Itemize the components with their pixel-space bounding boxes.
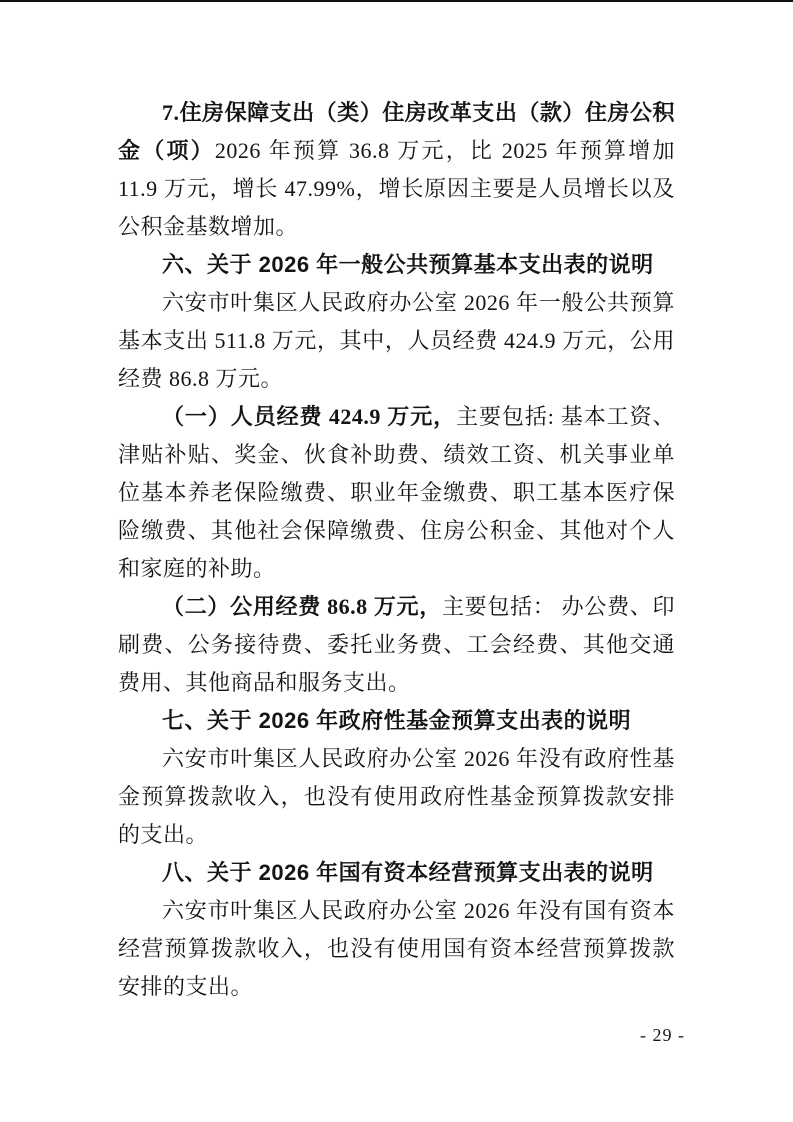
section-heading-eight-state-capital-budget: 八、关于 2026 年国有资本经营预算支出表的说明 (118, 854, 675, 892)
paragraph-bold-lead: （二）公用经费 86.8 万元， (162, 594, 442, 619)
paragraph-basic-expenditure-summary: 六安市叶集区人民政府办公室 2026 年一般公共预算基本支出 511.8 万元，… (118, 284, 675, 398)
document-page: 7.住房保障支出（类）住房改革支出（款）住房公积金（项）2026 年预算 36.… (0, 0, 793, 1122)
paragraph-public-funds: （二）公用经费 86.8 万元，主要包括： 办公费、印刷费、公务接待费、委托业务… (118, 588, 675, 702)
paragraph-personnel-funds: （一）人员经费 424.9 万元，主要包括: 基本工资、津贴补贴、奖金、伙食补助… (118, 398, 675, 588)
page-number: - 29 - (640, 1024, 685, 1046)
page-top-edge-line (0, 0, 793, 2)
section-heading-six-basic-expenditure: 六、关于 2026 年一般公共预算基本支出表的说明 (118, 246, 675, 284)
paragraph-state-capital-budget-statement: 六安市叶集区人民政府办公室 2026 年没有国有资本经营预算拨款收入，也没有使用… (118, 892, 675, 1006)
paragraph-bold-lead: （一）人员经费 424.9 万元， (162, 404, 456, 429)
paragraph-text: 主要包括: 基本工资、津贴补贴、奖金、伙食补助费、绩效工资、机关事业单位基本养老… (118, 404, 675, 581)
section-heading-seven-gov-fund-budget: 七、关于 2026 年政府性基金预算支出表的说明 (118, 702, 675, 740)
paragraph-gov-fund-budget-statement: 六安市叶集区人民政府办公室 2026 年没有政府性基金预算拨款收入，也没有使用政… (118, 740, 675, 854)
document-body: 7.住房保障支出（类）住房改革支出（款）住房公积金（项）2026 年预算 36.… (118, 94, 675, 1006)
paragraph-housing-security-expenditure: 7.住房保障支出（类）住房改革支出（款）住房公积金（项）2026 年预算 36.… (118, 94, 675, 246)
